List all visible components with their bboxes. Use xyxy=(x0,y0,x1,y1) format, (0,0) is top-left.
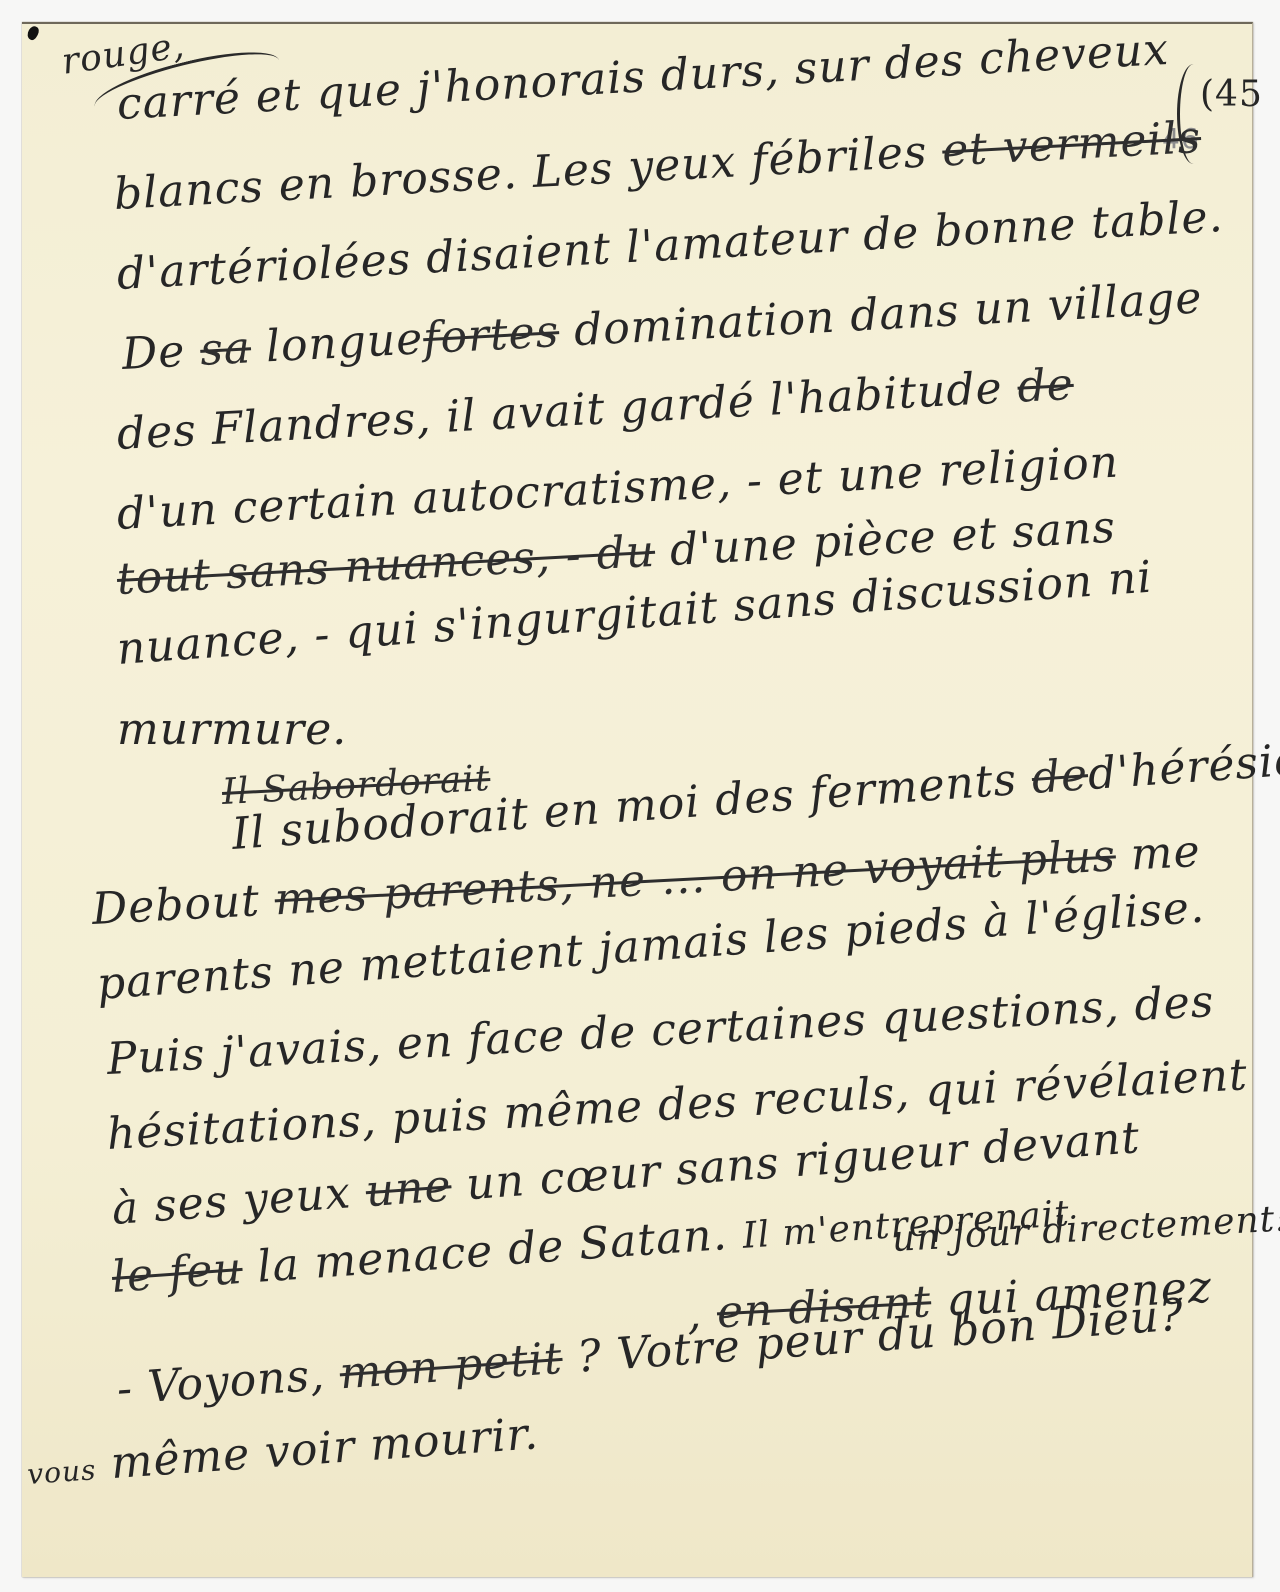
manuscript-line-21: vous même voir mourir. xyxy=(25,1408,540,1495)
line-rest: domination dans un village xyxy=(573,272,1204,356)
page-number-ink: (45 xyxy=(1200,74,1263,115)
line-text: me xyxy=(1129,826,1201,881)
line-text: longue xyxy=(265,313,425,372)
struck-text: fortes xyxy=(422,306,561,364)
struck-text: sa xyxy=(199,322,252,376)
struck-text: le feu xyxy=(110,1243,244,1303)
struck-text: une xyxy=(364,1160,453,1217)
struck-text: de xyxy=(1030,749,1090,804)
line-pre: De xyxy=(121,326,187,380)
line-rest: d'hérésie. xyxy=(1086,733,1280,800)
struck-text: et vermeils xyxy=(941,112,1202,176)
ink-blot xyxy=(25,24,41,41)
struck-text: de xyxy=(1016,359,1075,413)
margin-insert: vous xyxy=(26,1453,97,1491)
line-text: même voir mourir. xyxy=(109,1408,540,1489)
manuscript-page: rouge, (45 46 carré et que j'honorais du… xyxy=(22,22,1253,1577)
manuscript-line-1: carré et que j'honorais durs, sur des ch… xyxy=(116,24,1171,130)
line-text: - Voyons, xyxy=(115,1350,326,1415)
line-text: blancs en brosse. Les yeux fébriles xyxy=(113,126,929,220)
line-pre: Debout xyxy=(91,875,261,935)
line-text: des Flandres, il avait gardé l'habitude xyxy=(116,363,1004,460)
manuscript-line-5: des Flandres, il avait gardé l'habitude … xyxy=(116,359,1075,460)
struck-text: mon petit xyxy=(338,1333,564,1399)
manuscript-line-20: - Voyons, mon petit ? Votre peur du bon … xyxy=(115,1289,1185,1414)
line-text: la menace de Satan. xyxy=(256,1209,730,1293)
line-pre: à ses yeux xyxy=(110,1167,352,1235)
manuscript-line-9: murmure. xyxy=(117,704,347,755)
